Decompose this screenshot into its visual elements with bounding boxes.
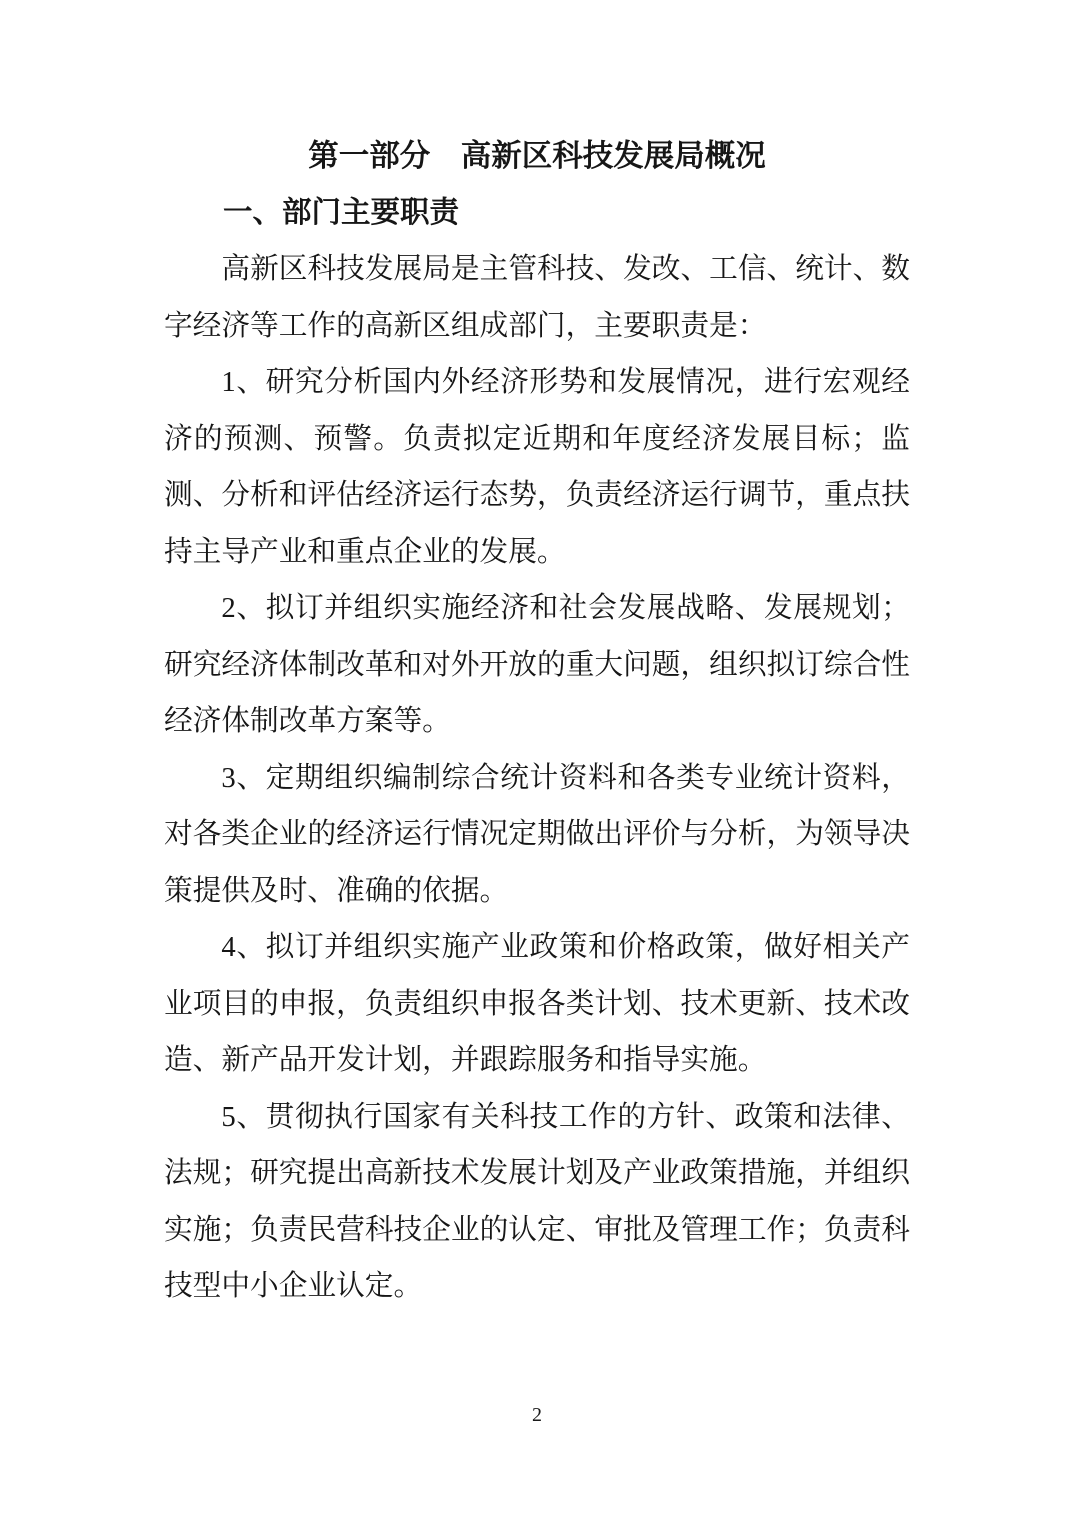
page-number: 2: [0, 1400, 1074, 1430]
document-title: 第一部分 高新区科技发展局概况: [164, 128, 910, 185]
document-page: 第一部分 高新区科技发展局概况 一、部门主要职责 高新区科技发展局是主管科技、发…: [0, 0, 1074, 1520]
body-paragraph-item-5: 5、贯彻执行国家有关科技工作的方针、政策和法律、法规；研究提出高新技术发展计划及…: [164, 1089, 910, 1315]
body-paragraph-item-4: 4、拟订并组织实施产业政策和价格政策，做好相关产业项目的申报，负责组织申报各类计…: [164, 919, 910, 1089]
body-paragraph-intro: 高新区科技发展局是主管科技、发改、工信、统计、数字经济等工作的高新区组成部门，主…: [164, 241, 910, 354]
section-heading: 一、部门主要职责: [164, 185, 910, 242]
body-paragraph-item-1: 1、研究分析国内外经济形势和发展情况，进行宏观经济的预测、预警。负责拟定近期和年…: [164, 354, 910, 580]
page-content: 第一部分 高新区科技发展局概况 一、部门主要职责 高新区科技发展局是主管科技、发…: [164, 128, 910, 1315]
body-paragraph-item-3: 3、定期组织编制综合统计资料和各类专业统计资料，对各类企业的经济运行情况定期做出…: [164, 750, 910, 920]
body-paragraph-item-2: 2、拟订并组织实施经济和社会发展战略、发展规划；研究经济体制改革和对外开放的重大…: [164, 580, 910, 750]
